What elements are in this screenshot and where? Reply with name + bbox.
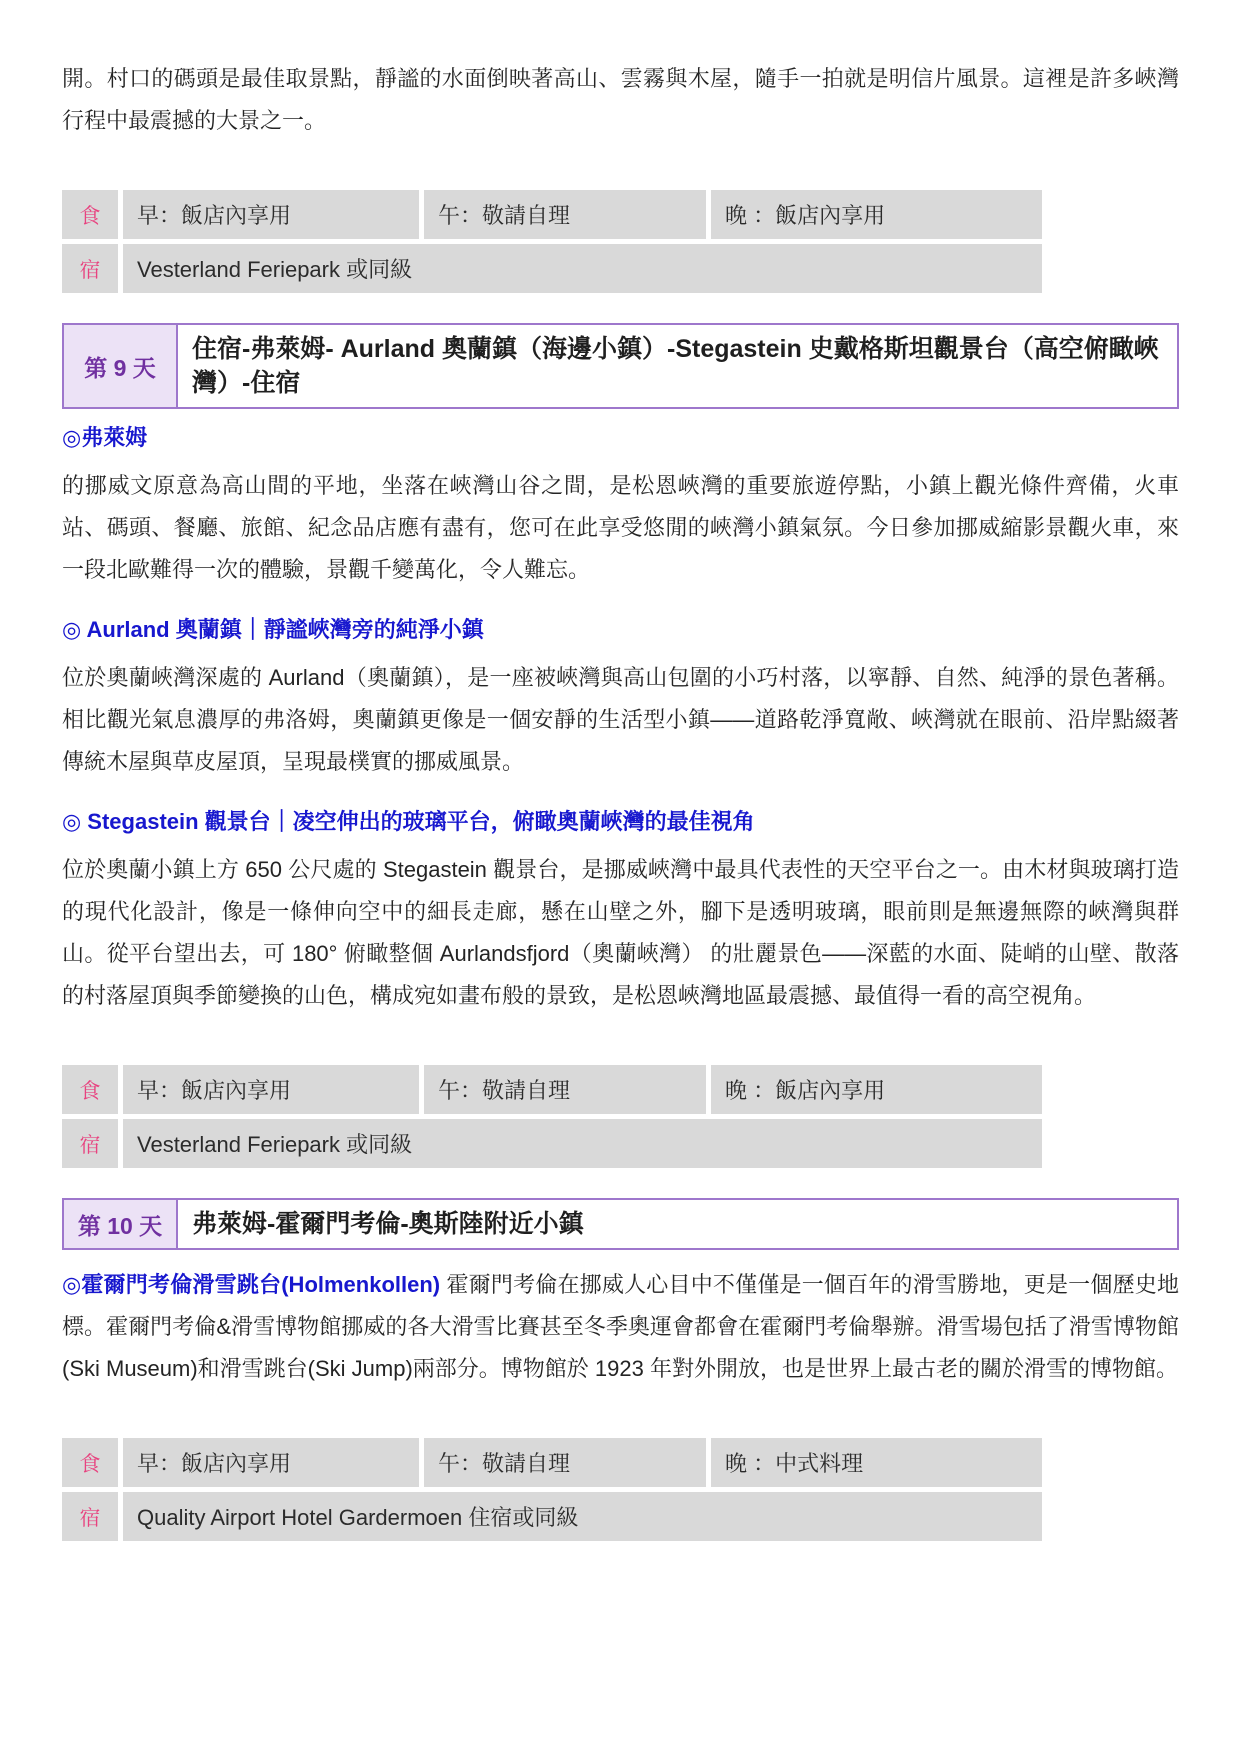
section-paragraph-stegastein: 位於奧蘭小鎮上方 650 公尺處的 Stegastein 觀景台，是挪威峽灣中最… — [62, 849, 1179, 1017]
hotel-cell: Vesterland Feriepark 或同級 — [123, 244, 1042, 293]
stay-label: 宿 — [62, 244, 118, 293]
stay-label: 宿 — [62, 1492, 118, 1541]
lunch-cell: 午：敬請自理 — [424, 1438, 706, 1487]
day-10-label: 第 10 天 — [64, 1200, 178, 1248]
meal-table-3: 食 早：飯店內享用 午：敬請自理 晚 ：中式料理 宿 Quality Airpo… — [62, 1438, 1179, 1541]
section-heading-stegastein: ◎ Stegastein 觀景台｜凌空伸出的玻璃平台，俯瞰奧蘭峽灣的最佳視角 — [62, 807, 1179, 837]
meal-table-2: 食 早：飯店內享用 午：敬請自理 晚 ：飯店內享用 宿 Vesterland F… — [62, 1065, 1179, 1168]
lunch-cell: 午：敬請自理 — [424, 190, 706, 239]
stay-label: 宿 — [62, 1119, 118, 1168]
dinner-cell: 晚 ：飯店內享用 — [711, 1065, 1042, 1114]
section-paragraph-flam: 的挪威文原意為高山間的平地，坐落在峽灣山谷之間，是松恩峽灣的重要旅遊停點，小鎮上… — [62, 465, 1179, 591]
day-9-label: 第 9 天 — [64, 325, 178, 407]
section-paragraph-holmenkollen: ◎霍爾門考倫滑雪跳台(Holmenkollen) 霍爾門考倫在挪威人心目中不僅僅… — [62, 1264, 1179, 1390]
intro-paragraph: 開。村口的碼頭是最佳取景點，靜謐的水面倒映著高山、雲霧與木屋，隨手一拍就是明信片… — [62, 58, 1179, 142]
day-10-header: 第 10 天 弗萊姆-霍爾門考倫-奧斯陸附近小鎮 — [62, 1198, 1179, 1250]
meal-label: 食 — [62, 1438, 118, 1487]
day-9-header: 第 9 天 住宿-弗萊姆- Aurland 奧蘭鎮（海邊小鎮）-Stegaste… — [62, 323, 1179, 409]
hotel-cell: Vesterland Feriepark 或同級 — [123, 1119, 1042, 1168]
section-heading-aurland: ◎ Aurland 奧蘭鎮｜靜謐峽灣旁的純淨小鎮 — [62, 615, 1179, 645]
dinner-cell: 晚 ：中式料理 — [711, 1438, 1042, 1487]
section-heading-flam: ◎弗萊姆 — [62, 423, 1179, 453]
breakfast-cell: 早：飯店內享用 — [123, 190, 419, 239]
day-9-title: 住宿-弗萊姆- Aurland 奧蘭鎮（海邊小鎮）-Stegastein 史戴格… — [178, 325, 1177, 407]
section-heading-holmenkollen: ◎霍爾門考倫滑雪跳台(Holmenkollen) — [62, 1272, 440, 1297]
hotel-cell: Quality Airport Hotel Gardermoen 住宿或同級 — [123, 1492, 1042, 1541]
dinner-cell: 晚 ：飯店內享用 — [711, 190, 1042, 239]
breakfast-cell: 早：飯店內享用 — [123, 1438, 419, 1487]
meal-label: 食 — [62, 190, 118, 239]
section-paragraph-aurland: 位於奧蘭峽灣深處的 Aurland（奧蘭鎮），是一座被峽灣與高山包圍的小巧村落，… — [62, 657, 1179, 783]
lunch-cell: 午：敬請自理 — [424, 1065, 706, 1114]
itinerary-page: 開。村口的碼頭是最佳取景點，靜謐的水面倒映著高山、雲霧與木屋，隨手一拍就是明信片… — [0, 0, 1241, 1755]
breakfast-cell: 早：飯店內享用 — [123, 1065, 419, 1114]
day-10-title: 弗萊姆-霍爾門考倫-奧斯陸附近小鎮 — [178, 1200, 1177, 1248]
meal-label: 食 — [62, 1065, 118, 1114]
meal-table-1: 食 早：飯店內享用 午：敬請自理 晚 ：飯店內享用 宿 Vesterland F… — [62, 190, 1179, 293]
